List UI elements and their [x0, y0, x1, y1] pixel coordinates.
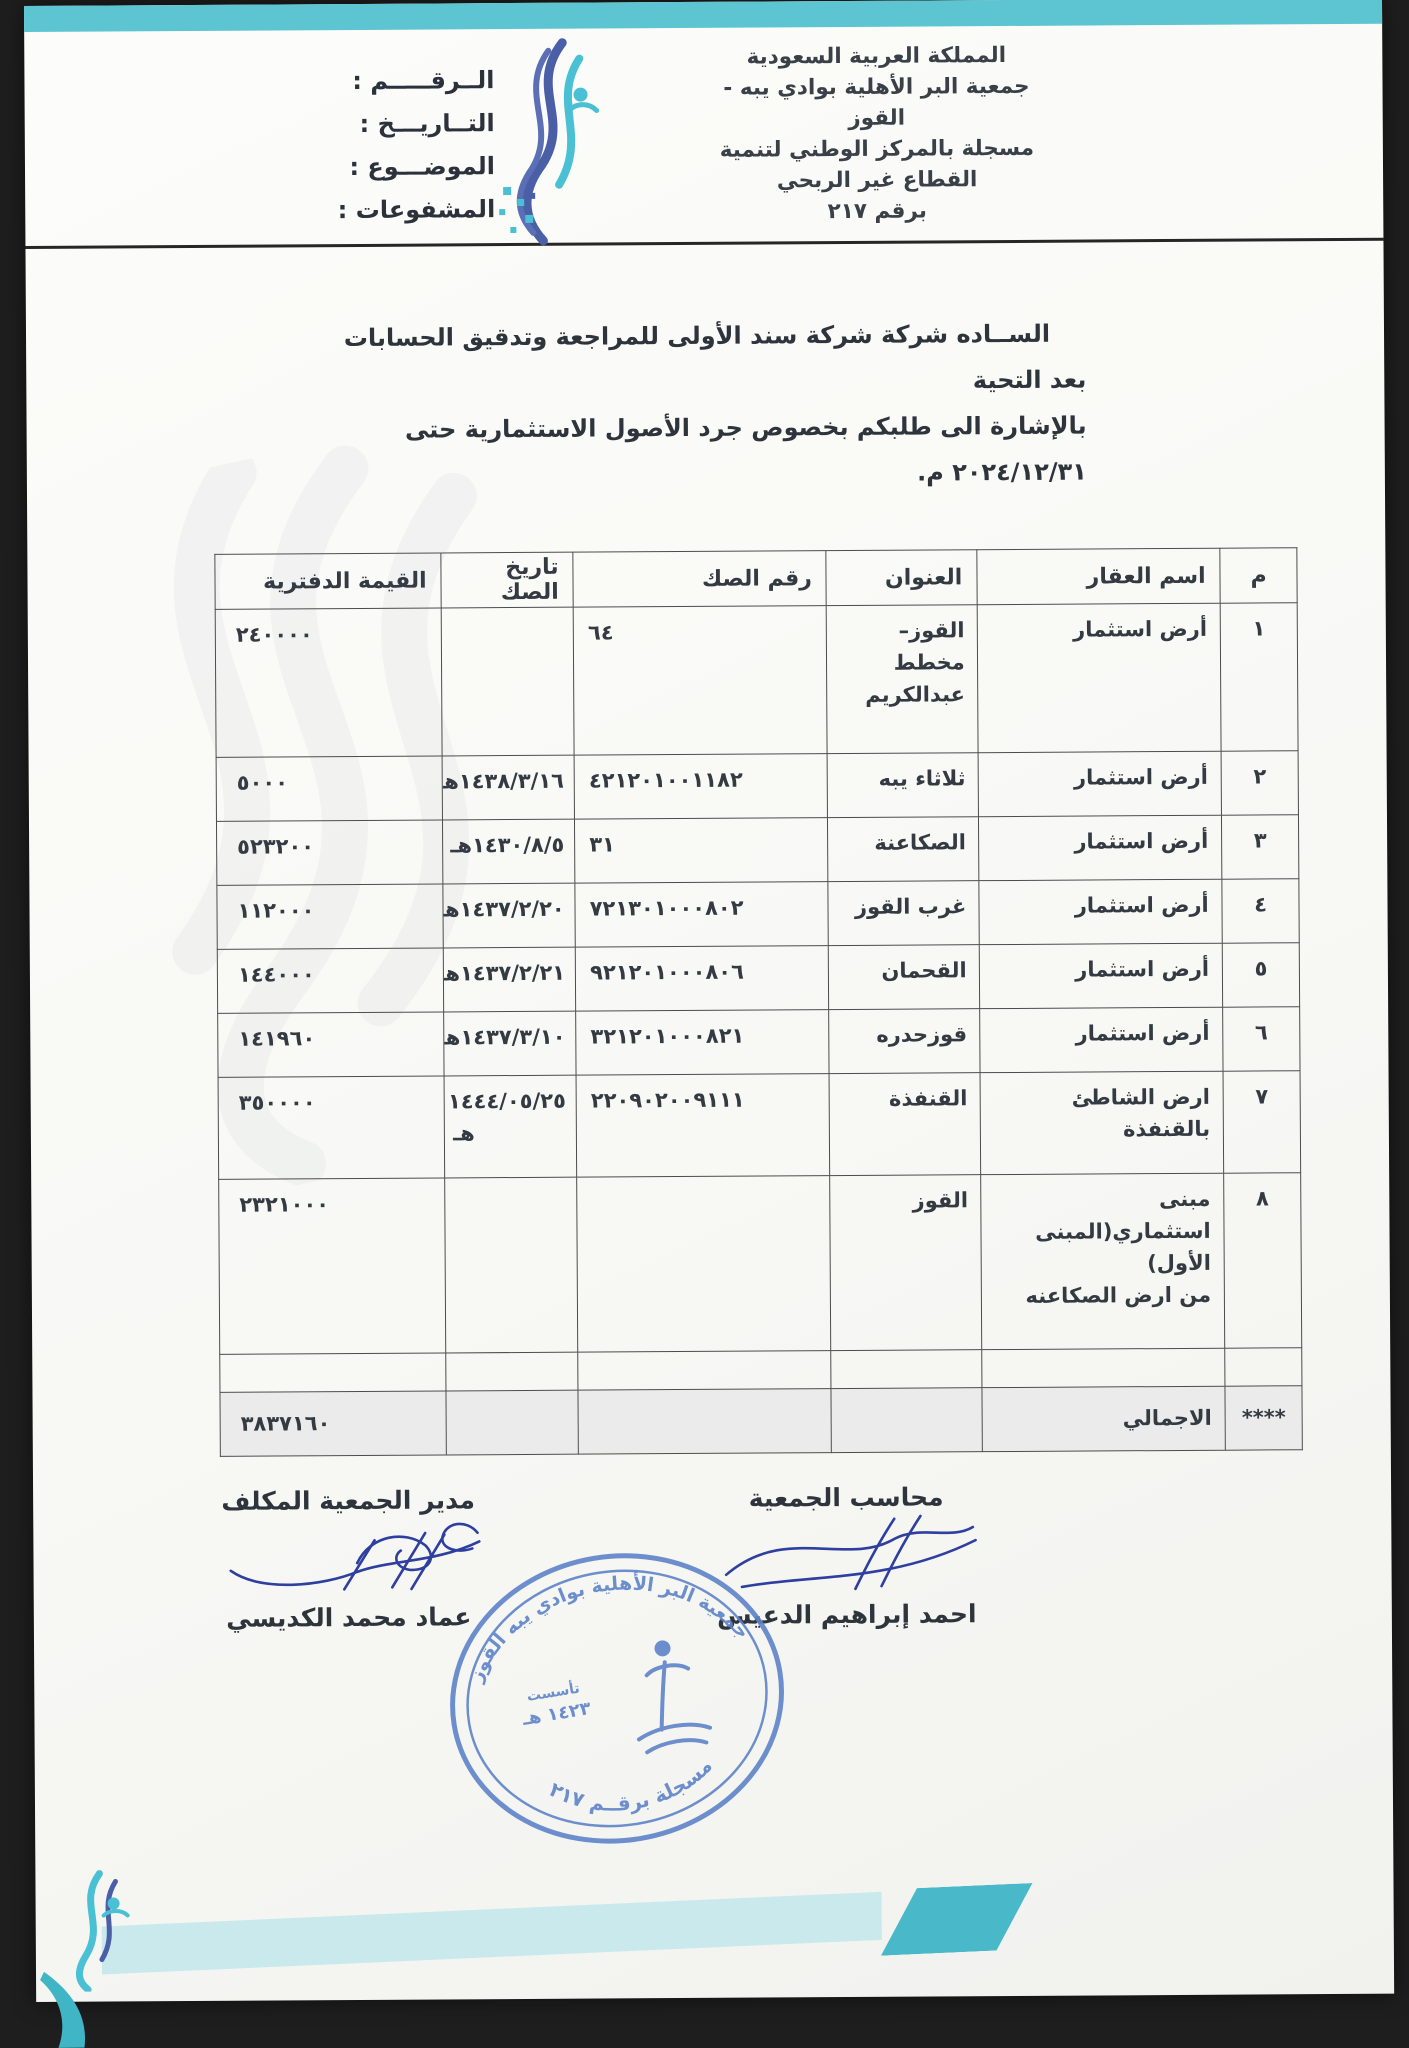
cell-deed-date: ١٤٣٧/٣/١٠هـ: [444, 1011, 576, 1076]
salutation-line: الســاده شركة شركة سند الأولى للمراجعة و…: [266, 311, 1050, 362]
cell-index: ٢: [1221, 751, 1298, 815]
cell-deed-date: ١٤٣٧/٢/٢٠هـ: [443, 883, 575, 948]
manager-title: مدير الجمعية المكلف: [183, 1485, 513, 1516]
table-row: ٨ مبنى استثماري(المبنى الأول) من ارض الص…: [219, 1173, 1302, 1355]
org-info-block: المملكة العربية السعودية جمعية البر الأه…: [702, 40, 1051, 228]
cell-property-name: مبنى استثماري(المبنى الأول) من ارض الصكا…: [980, 1173, 1225, 1349]
cell-deed-date: ١٤٤٤/٠٥/٢٥ هـ: [444, 1075, 577, 1178]
cell-index: ٣: [1222, 815, 1299, 879]
greeting-line: بعد التحية: [266, 357, 1086, 408]
cell-address: الصكاعنة: [828, 817, 979, 882]
organization-stamp: جمعية البر الأهلية بوادي يبه القوز مسجلة…: [419, 1518, 815, 1883]
cell-deed-number: ٩٢١٢٠١٠٠٠٨٠٦: [575, 946, 829, 1012]
cell-deed-number: [577, 1176, 831, 1353]
cell-property-name: أرض استثمار: [979, 1007, 1223, 1072]
field-subject-label: الموضـــوع :: [263, 145, 495, 189]
field-attachments-label: المشفوعات :: [263, 188, 495, 232]
svg-text:مسجلة برقــم ٢١٧: مسجلة برقــم ٢١٧: [542, 1751, 721, 1828]
cell-deed-number: ٦٤: [573, 606, 827, 756]
table-header-row: م اسم العقار العنوان رقم الصك تاريخ الصك…: [215, 548, 1297, 610]
total-label: الاجمالي: [982, 1386, 1226, 1451]
org-line-country: المملكة العربية السعودية: [702, 40, 1050, 73]
field-number-label: الــرقـــــم :: [262, 59, 494, 103]
bottom-ribbon-dark: [881, 1883, 1033, 1956]
assets-table: م اسم العقار العنوان رقم الصك تاريخ الصك…: [214, 547, 1302, 1457]
cell-deed-number: ٣٢١٢٠١٠٠٠٨٢١: [576, 1010, 830, 1076]
letter-page: المملكة العربية السعودية جمعية البر الأه…: [24, 0, 1394, 2002]
footer-corner-swoosh: [38, 1969, 131, 2048]
cell-address: القنفذة: [829, 1073, 980, 1176]
cell-deed-date: [441, 607, 574, 756]
cell-deed-number: ٤٢١٢٠١٠٠١١٨٢: [574, 754, 828, 820]
reference-line: بالإشارة الى طلبكم بخصوص جرد الأصول الاس…: [266, 403, 1087, 500]
cell-index: ٤: [1222, 879, 1299, 943]
org-line-registry2: القطاع غير الربحي: [703, 164, 1051, 197]
stamp-person-icon: [624, 1635, 713, 1753]
bottom-ribbon-light: [102, 1892, 882, 1975]
header-property-name: اسم العقار: [977, 548, 1221, 604]
stamp-ring-text-bottom: مسجلة برقــم ٢١٧: [542, 1751, 721, 1828]
table-row: ٥ أرض استثمار القحمان ٩٢١٢٠١٠٠٠٨٠٦ ١٤٣٧/…: [217, 943, 1299, 1014]
cell-index: ٧: [1223, 1071, 1300, 1173]
org-logo-icon: [476, 36, 609, 253]
org-line-registry1: مسجلة بالمركز الوطني لتنمية: [703, 133, 1051, 166]
cell-property-name: أرض استثمار: [979, 943, 1223, 1008]
table-row: ٤ أرض استثمار غرب القوز ٧٢١٣٠١٠٠٠٨٠٢ ١٤٣…: [217, 879, 1299, 950]
cell-index: ٨: [1224, 1173, 1302, 1348]
cell-deed-number: ٢٢٠٩٠٢٠٠٩١١١: [576, 1074, 830, 1178]
cell-deed-date: ١٤٣٨/٣/١٦هـ: [442, 755, 574, 820]
header-book-value: القيمة الدفترية: [215, 553, 442, 609]
cell-deed-number: ٧٢١٣٠١٠٠٠٨٠٢: [575, 882, 829, 948]
cell-index: ١: [1220, 603, 1298, 751]
cell-book-value: ٥٢٣٢٠٠: [216, 820, 443, 885]
table-total-row: **** الاجمالي ٣٨٣٧١٦٠: [220, 1386, 1302, 1457]
cell-property-name: أرض استثمار: [978, 815, 1222, 880]
cell-property-name: أرض استثمار: [977, 603, 1221, 752]
table-row: ٧ ارض الشاطئ بالقنفذة القنفذة ٢٢٠٩٠٢٠٠٩١…: [218, 1071, 1301, 1180]
cell-index: ٦: [1223, 1007, 1300, 1071]
org-line-number: برقم ٢١٧: [703, 195, 1051, 228]
cell-address: قوزحدره: [829, 1009, 980, 1074]
cell-deed-date: [445, 1177, 578, 1353]
letterhead: المملكة العربية السعودية جمعية البر الأه…: [24, 24, 1383, 246]
cell-address: القوز– مخطط عبدالكريم: [827, 605, 978, 754]
table-row: ٣ أرض استثمار الصكاعنة ٣١ ١٤٣٠/٨/٥هـ ٥٢٣…: [216, 815, 1298, 886]
org-line-name: جمعية البر الأهلية بوادي يبه - القوز: [702, 71, 1050, 135]
cell-deed-number: ٣١: [575, 818, 829, 884]
table-row: ٢ أرض استثمار ثلاثاء يبه ٤٢١٢٠١٠٠١١٨٢ ١٤…: [216, 751, 1298, 822]
header-address: العنوان: [826, 550, 977, 606]
table-row: ١ أرض استثمار القوز– مخطط عبدالكريم ٦٤ ٢…: [215, 603, 1298, 758]
cell-property-name: أرض استثمار: [979, 879, 1223, 944]
cell-book-value: ٢٣٢١٠٠٠: [219, 1178, 446, 1354]
cell-book-value: ٣٥٠٠٠٠: [218, 1076, 445, 1179]
cell-book-value: ٢٤٠٠٠٠: [215, 608, 442, 757]
table-empty-row: [220, 1348, 1302, 1393]
header-index: م: [1220, 548, 1297, 603]
letter-body: الســاده شركة شركة سند الأولى للمراجعة و…: [266, 311, 1087, 500]
cell-address: ثلاثاء يبه: [827, 753, 978, 818]
cell-book-value: ١٤٤٠٠٠: [217, 948, 444, 1013]
total-value: ٣٨٣٧١٦٠: [220, 1391, 447, 1456]
cell-book-value: ٥٠٠٠: [216, 756, 443, 821]
header-deed-date: تاريخ الصك: [441, 552, 573, 608]
table-row: ٦ أرض استثمار قوزحدره ٣٢١٢٠١٠٠٠٨٢١ ١٤٣٧/…: [218, 1007, 1300, 1078]
header-deed-number: رقم الصك: [573, 551, 827, 608]
letterhead-fields: الــرقـــــم : التــاريـــخ : الموضـــوع…: [262, 59, 495, 232]
cell-address: القوز: [830, 1175, 981, 1351]
cell-book-value: ١٤١٩٦٠: [218, 1012, 445, 1077]
cell-index: ٥: [1222, 943, 1299, 1007]
scanned-letter-photo: { "letterhead": { "org_lines": [ "المملك…: [0, 0, 1409, 2048]
cell-address: القحمان: [829, 945, 980, 1010]
cell-deed-date: ١٤٣٠/٨/٥هـ: [443, 819, 575, 884]
total-index: ****: [1225, 1386, 1302, 1450]
cell-book-value: ١١٢٠٠٠: [217, 884, 444, 949]
cell-deed-date: ١٤٣٧/٢/٢١هـ: [443, 947, 575, 1012]
cell-property-name: أرض استثمار: [978, 751, 1222, 816]
field-date-label: التــاريـــخ :: [263, 102, 495, 146]
cell-property-name: ارض الشاطئ بالقنفذة: [980, 1071, 1224, 1174]
cell-address: غرب القوز: [828, 881, 979, 946]
